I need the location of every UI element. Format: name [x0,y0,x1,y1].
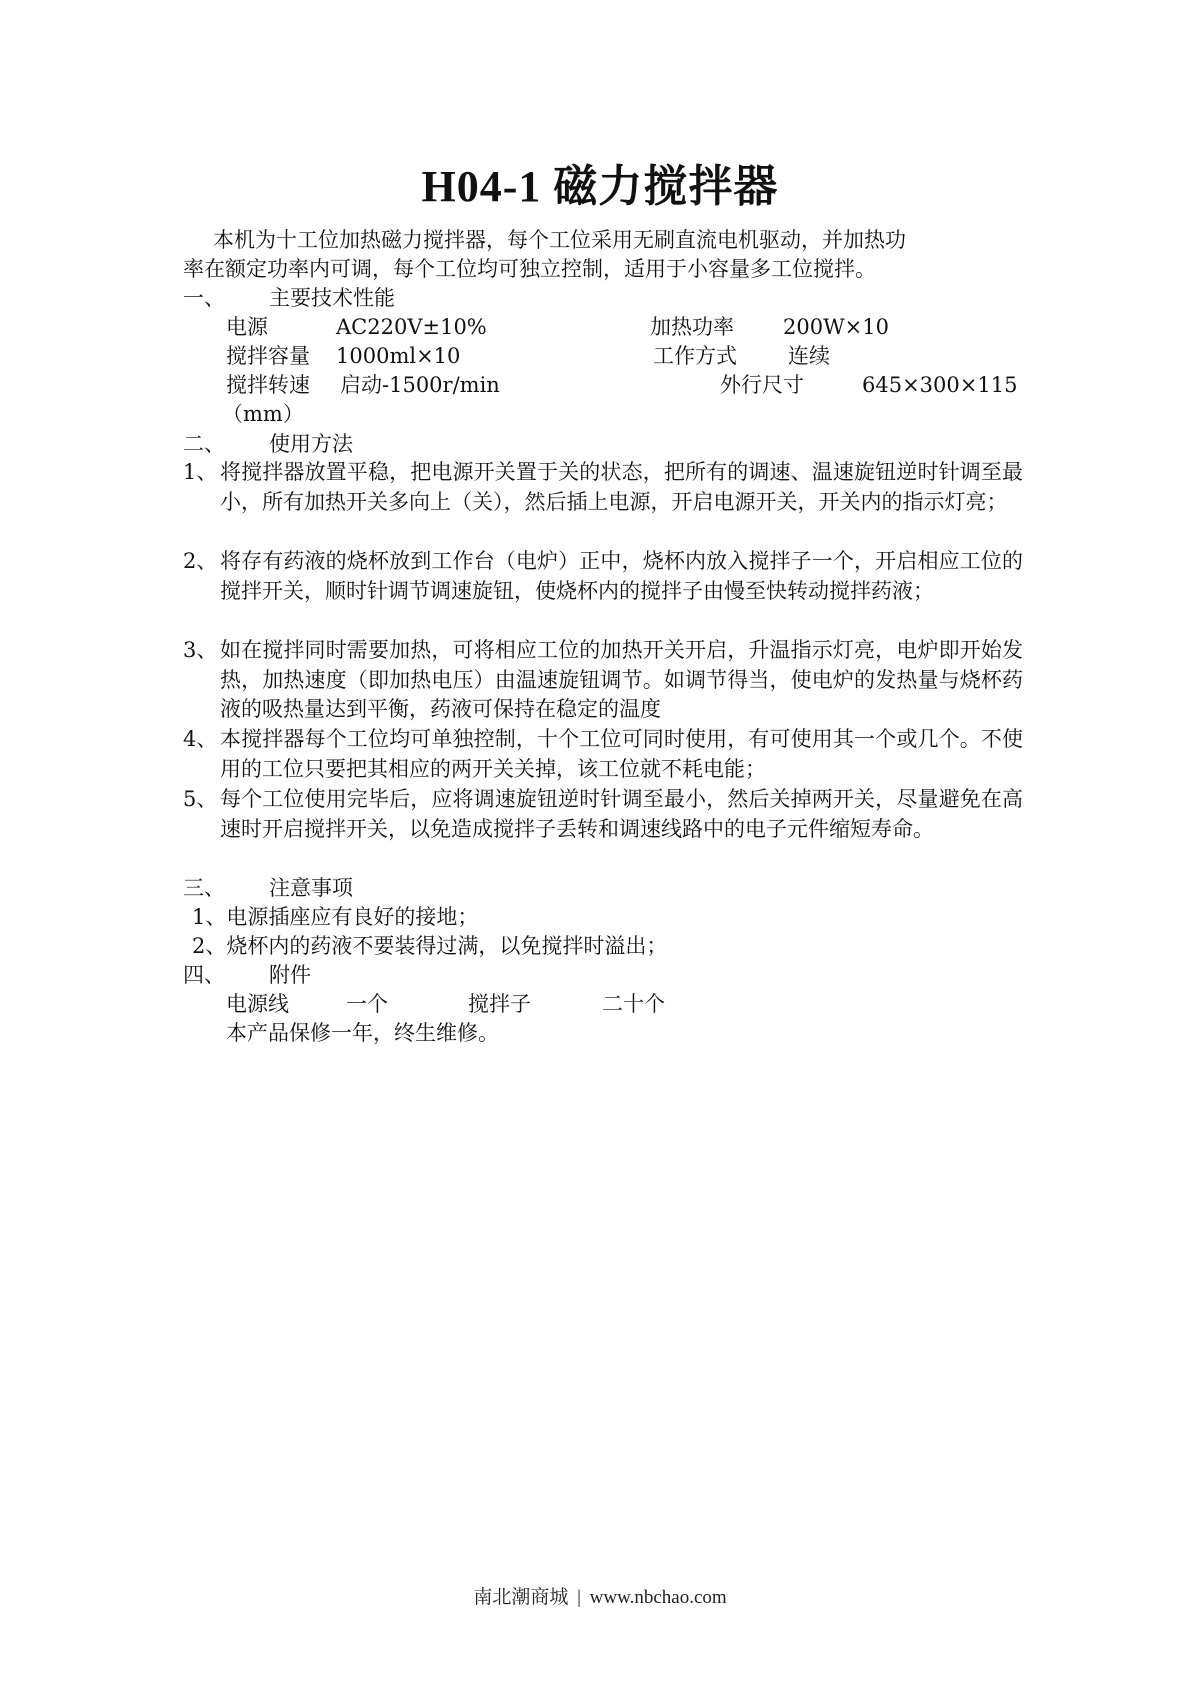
section-number: 二、 [183,430,269,458]
spec-label-power: 电源 [226,313,268,341]
spec-value-dimensions: 645×300×115 [862,371,1017,399]
footer-separator: | [577,1587,581,1608]
usage-step-2: 2、 将存有药液的烧杯放到工作台（电炉）正中，烧杯内放入搅拌子一个，开启相应工位… [183,547,1023,606]
accessory-qty-power-cord: 一个 [346,990,388,1018]
page-footer: 南北潮商城 | www.nbchao.com [0,1582,1200,1609]
usage-step-5: 5、 每个工位使用完毕后，应将调速旋钮逆时针调至最小，然后关掉两开关，尽量避免在… [183,785,1023,844]
spec-label-speed: 搅拌转速 [226,371,310,399]
section-title: 使用方法 [269,432,353,456]
note-1: 1、电源插座应有良好的接地； [192,903,478,931]
spec-label-dimensions: 外行尺寸 [720,371,804,399]
section-heading-notes: 三、注意事项 [183,874,353,902]
section-number: 一、 [183,284,269,312]
accessory-qty-stir-bar: 二十个 [602,990,665,1018]
section-heading-usage: 二、使用方法 [183,430,353,458]
spec-value-mode: 连续 [788,342,830,370]
spec-value-power: AC220V±10% [336,313,487,341]
accessory-name-power-cord: 电源线 [226,990,289,1018]
spec-value-heating: 200W×10 [783,313,889,341]
accessory-name-stir-bar: 搅拌子 [468,990,531,1018]
intro-line-2: 率在额定功率内可调，每个工位均可独立控制，适用于小容量多工位搅拌。 [183,255,876,283]
warranty-text: 本产品保修一年，终生维修。 [226,1019,499,1047]
intro-line-1: 本机为十工位加热磁力搅拌器，每个工位采用无刷直流电机驱动，并加热功 [213,226,906,254]
usage-step-4: 4、 本搅拌器每个工位均可单独控制，十个工位可同时使用，有可使用其一个或几个。不… [183,725,1023,784]
section-heading-accessories: 四、附件 [183,961,311,989]
spec-label-capacity: 搅拌容量 [226,342,310,370]
section-title: 主要技术性能 [269,286,395,310]
usage-step-1: 1、 将搅拌器放置平稳，把电源开关置于关的状态，把所有的调速、温速旋钮逆时针调至… [183,458,1023,517]
section-title: 附件 [269,963,311,987]
spec-unit-note: （mm） [222,400,304,428]
footer-url-link[interactable]: www.nbchao.com [590,1587,727,1608]
section-number: 三、 [183,874,269,902]
usage-step-3: 3、 如在搅拌同时需要加热，可将相应工位的加热开关开启，升温指示灯亮，电炉即开始… [183,636,1023,725]
spec-value-capacity: 1000ml×10 [336,342,460,370]
section-number: 四、 [183,961,269,989]
spec-value-speed: 启动-1500r/min [340,371,500,399]
footer-site-name: 南北潮商城 [473,1587,568,1608]
section-heading-specs: 一、主要技术性能 [183,284,395,312]
document-title: H04-1 磁力搅拌器 [0,150,1200,214]
spec-label-heating: 加热功率 [650,313,734,341]
section-title: 注意事项 [269,876,353,900]
spec-label-mode: 工作方式 [653,342,737,370]
note-2: 2、烧杯内的药液不要装得过满，以免搅拌时溢出； [192,932,667,960]
